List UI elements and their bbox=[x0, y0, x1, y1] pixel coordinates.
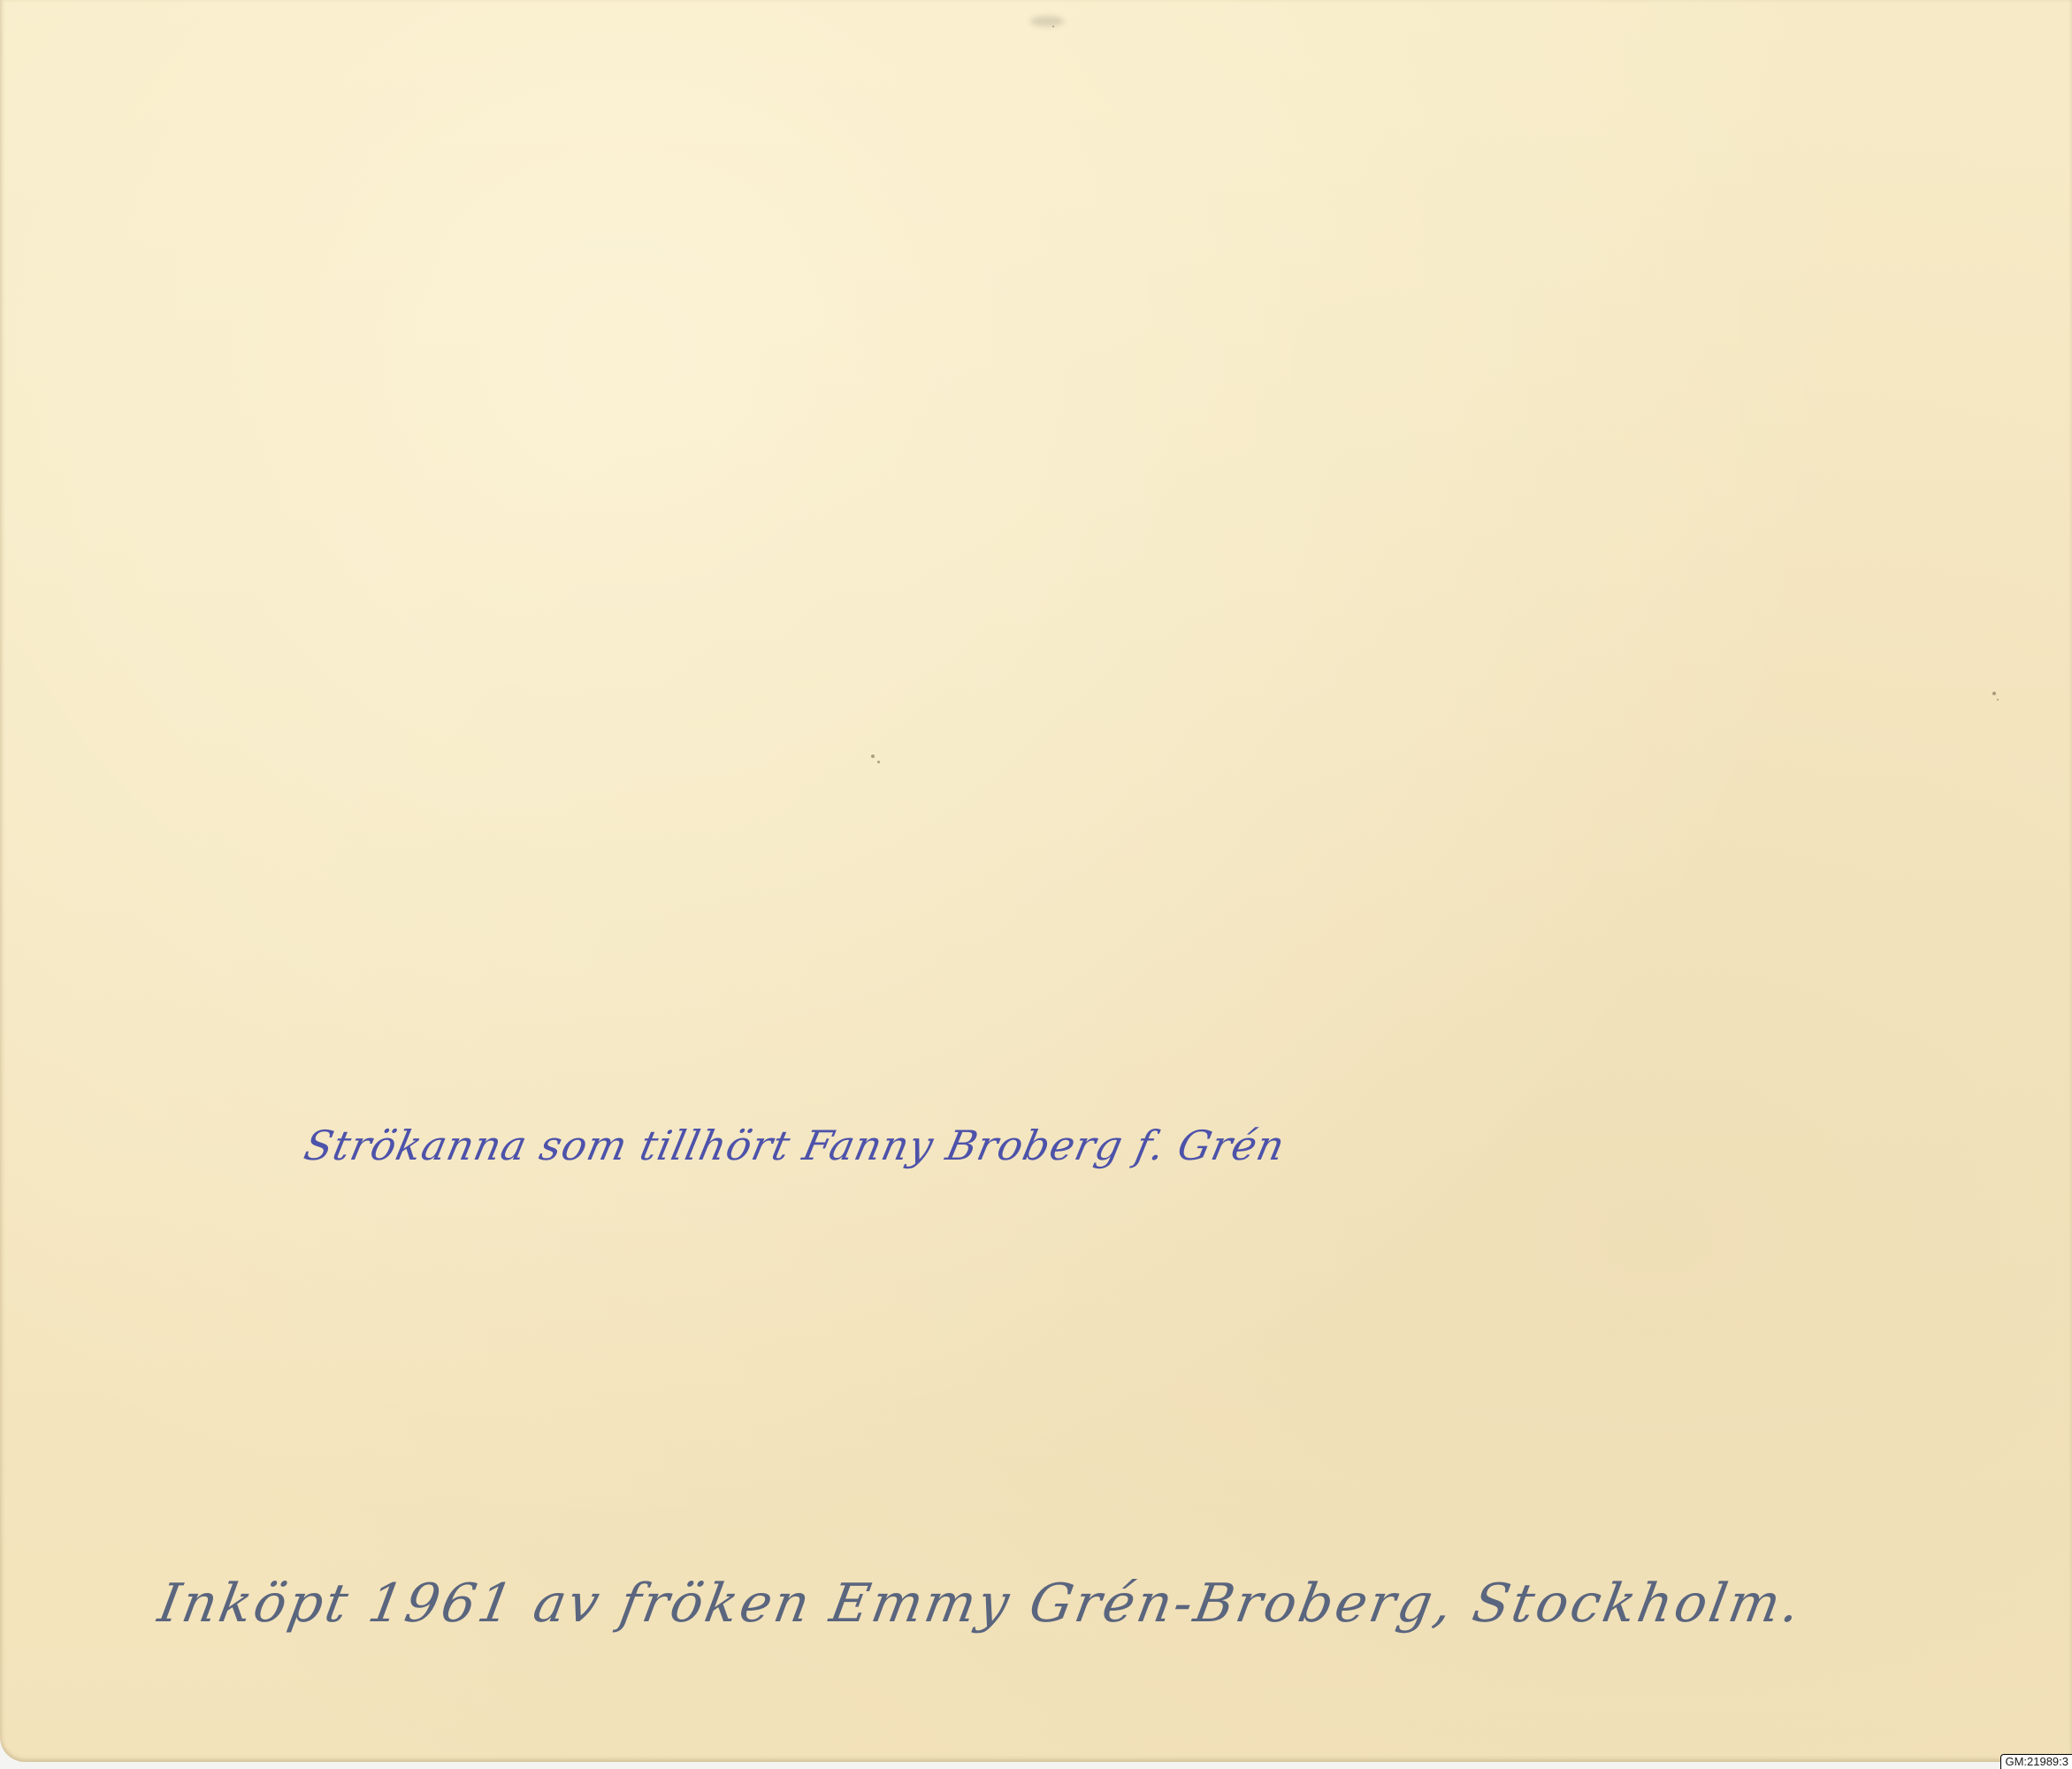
top-smudge bbox=[1030, 16, 1064, 27]
paper-card: Strökanna som tillhört Fanny Broberg f. … bbox=[0, 0, 2072, 1762]
catalog-number-label: GM:21989:3 bbox=[2000, 1754, 2072, 1769]
scanned-document: Strökanna som tillhört Fanny Broberg f. … bbox=[0, 0, 2072, 1769]
paper-speck bbox=[871, 754, 875, 758]
handwritten-acquisition-note: Inköpt 1961 av fröken Emmy Grén-Broberg,… bbox=[154, 1573, 1808, 1635]
handwritten-item-description: Strökanna som tillhört Fanny Broberg f. … bbox=[300, 1122, 1289, 1169]
paper-speck bbox=[1992, 692, 1996, 695]
paper-speck bbox=[877, 761, 880, 763]
paper-speck bbox=[1997, 699, 1999, 701]
paper-speck bbox=[1052, 26, 1054, 27]
